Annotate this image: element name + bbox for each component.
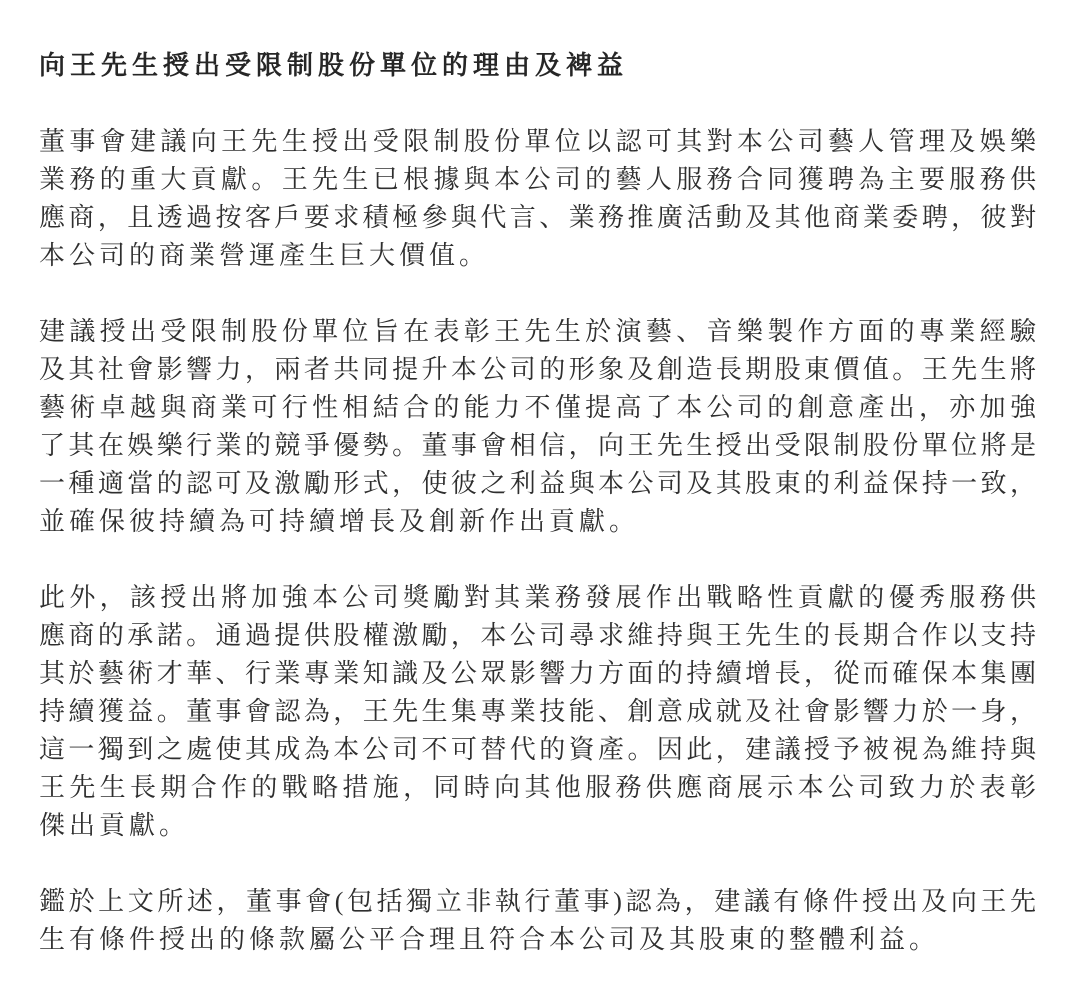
paragraph: 此外，該授出將加強本公司獎勵對其業務發展作出戰略性貢獻的優秀服務供應商的承諾。通… (39, 579, 1038, 845)
text-line: 本公司的商業營運產生巨大價值。 (39, 237, 1038, 275)
text-line: 及其社會影響力，兩者共同提升本公司的形象及創造長期股東價值。王先生將 (39, 351, 1038, 389)
text-line: 生有條件授出的條款屬公平合理且符合本公司及其股東的整體利益。 (39, 921, 1038, 959)
text-line: 並確保彼持續為可持續增長及創新作出貢獻。 (39, 503, 1038, 541)
text-line: 應商，且透過按客戶要求積極參與代言、業務推廣活動及其他商業委聘，彼對 (39, 199, 1038, 237)
paragraph: 鑑於上文所述，董事會(包括獨立非執行董事)認為，建議有條件授出及向王先生有條件授… (39, 883, 1038, 959)
text-line: 傑出貢獻。 (39, 807, 1038, 845)
paragraph: 董事會建議向王先生授出受限制股份單位以認可其對本公司藝人管理及娛樂業務的重大貢獻… (39, 123, 1038, 275)
text-line: 一種適當的認可及激勵形式，使彼之利益與本公司及其股東的利益保持一致， (39, 465, 1038, 503)
text-line: 建議授出受限制股份單位旨在表彰王先生於演藝、音樂製作方面的專業經驗 (39, 313, 1038, 351)
text-line: 了其在娛樂行業的競爭優勢。董事會相信，向王先生授出受限制股份單位將是 (39, 427, 1038, 465)
document-body: 董事會建議向王先生授出受限制股份單位以認可其對本公司藝人管理及娛樂業務的重大貢獻… (39, 123, 1038, 959)
text-line: 藝術卓越與商業可行性相結合的能力不僅提高了本公司的創意產出，亦加強 (39, 389, 1038, 427)
text-line: 這一獨到之處使其成為本公司不可替代的資產。因此，建議授予被視為維持與 (39, 731, 1038, 769)
text-line: 其於藝術才華、行業專業知識及公眾影響力方面的持續增長，從而確保本集團 (39, 655, 1038, 693)
paragraph: 建議授出受限制股份單位旨在表彰王先生於演藝、音樂製作方面的專業經驗及其社會影響力… (39, 313, 1038, 541)
text-line: 王先生長期合作的戰略措施，同時向其他服務供應商展示本公司致力於表彰 (39, 769, 1038, 807)
page-title: 向王先生授出受限制股份單位的理由及裨益 (39, 47, 1038, 85)
text-line: 鑑於上文所述，董事會(包括獨立非執行董事)認為，建議有條件授出及向王先 (39, 883, 1038, 921)
text-line: 業務的重大貢獻。王先生已根據與本公司的藝人服務合同獲聘為主要服務供 (39, 161, 1038, 199)
text-line: 持續獲益。董事會認為，王先生集專業技能、創意成就及社會影響力於一身， (39, 693, 1038, 731)
text-line: 董事會建議向王先生授出受限制股份單位以認可其對本公司藝人管理及娛樂 (39, 123, 1038, 161)
document-page: 向王先生授出受限制股份單位的理由及裨益 董事會建議向王先生授出受限制股份單位以認… (0, 0, 1080, 986)
text-line: 應商的承諾。通過提供股權激勵，本公司尋求維持與王先生的長期合作以支持 (39, 617, 1038, 655)
text-line: 此外，該授出將加強本公司獎勵對其業務發展作出戰略性貢獻的優秀服務供 (39, 579, 1038, 617)
